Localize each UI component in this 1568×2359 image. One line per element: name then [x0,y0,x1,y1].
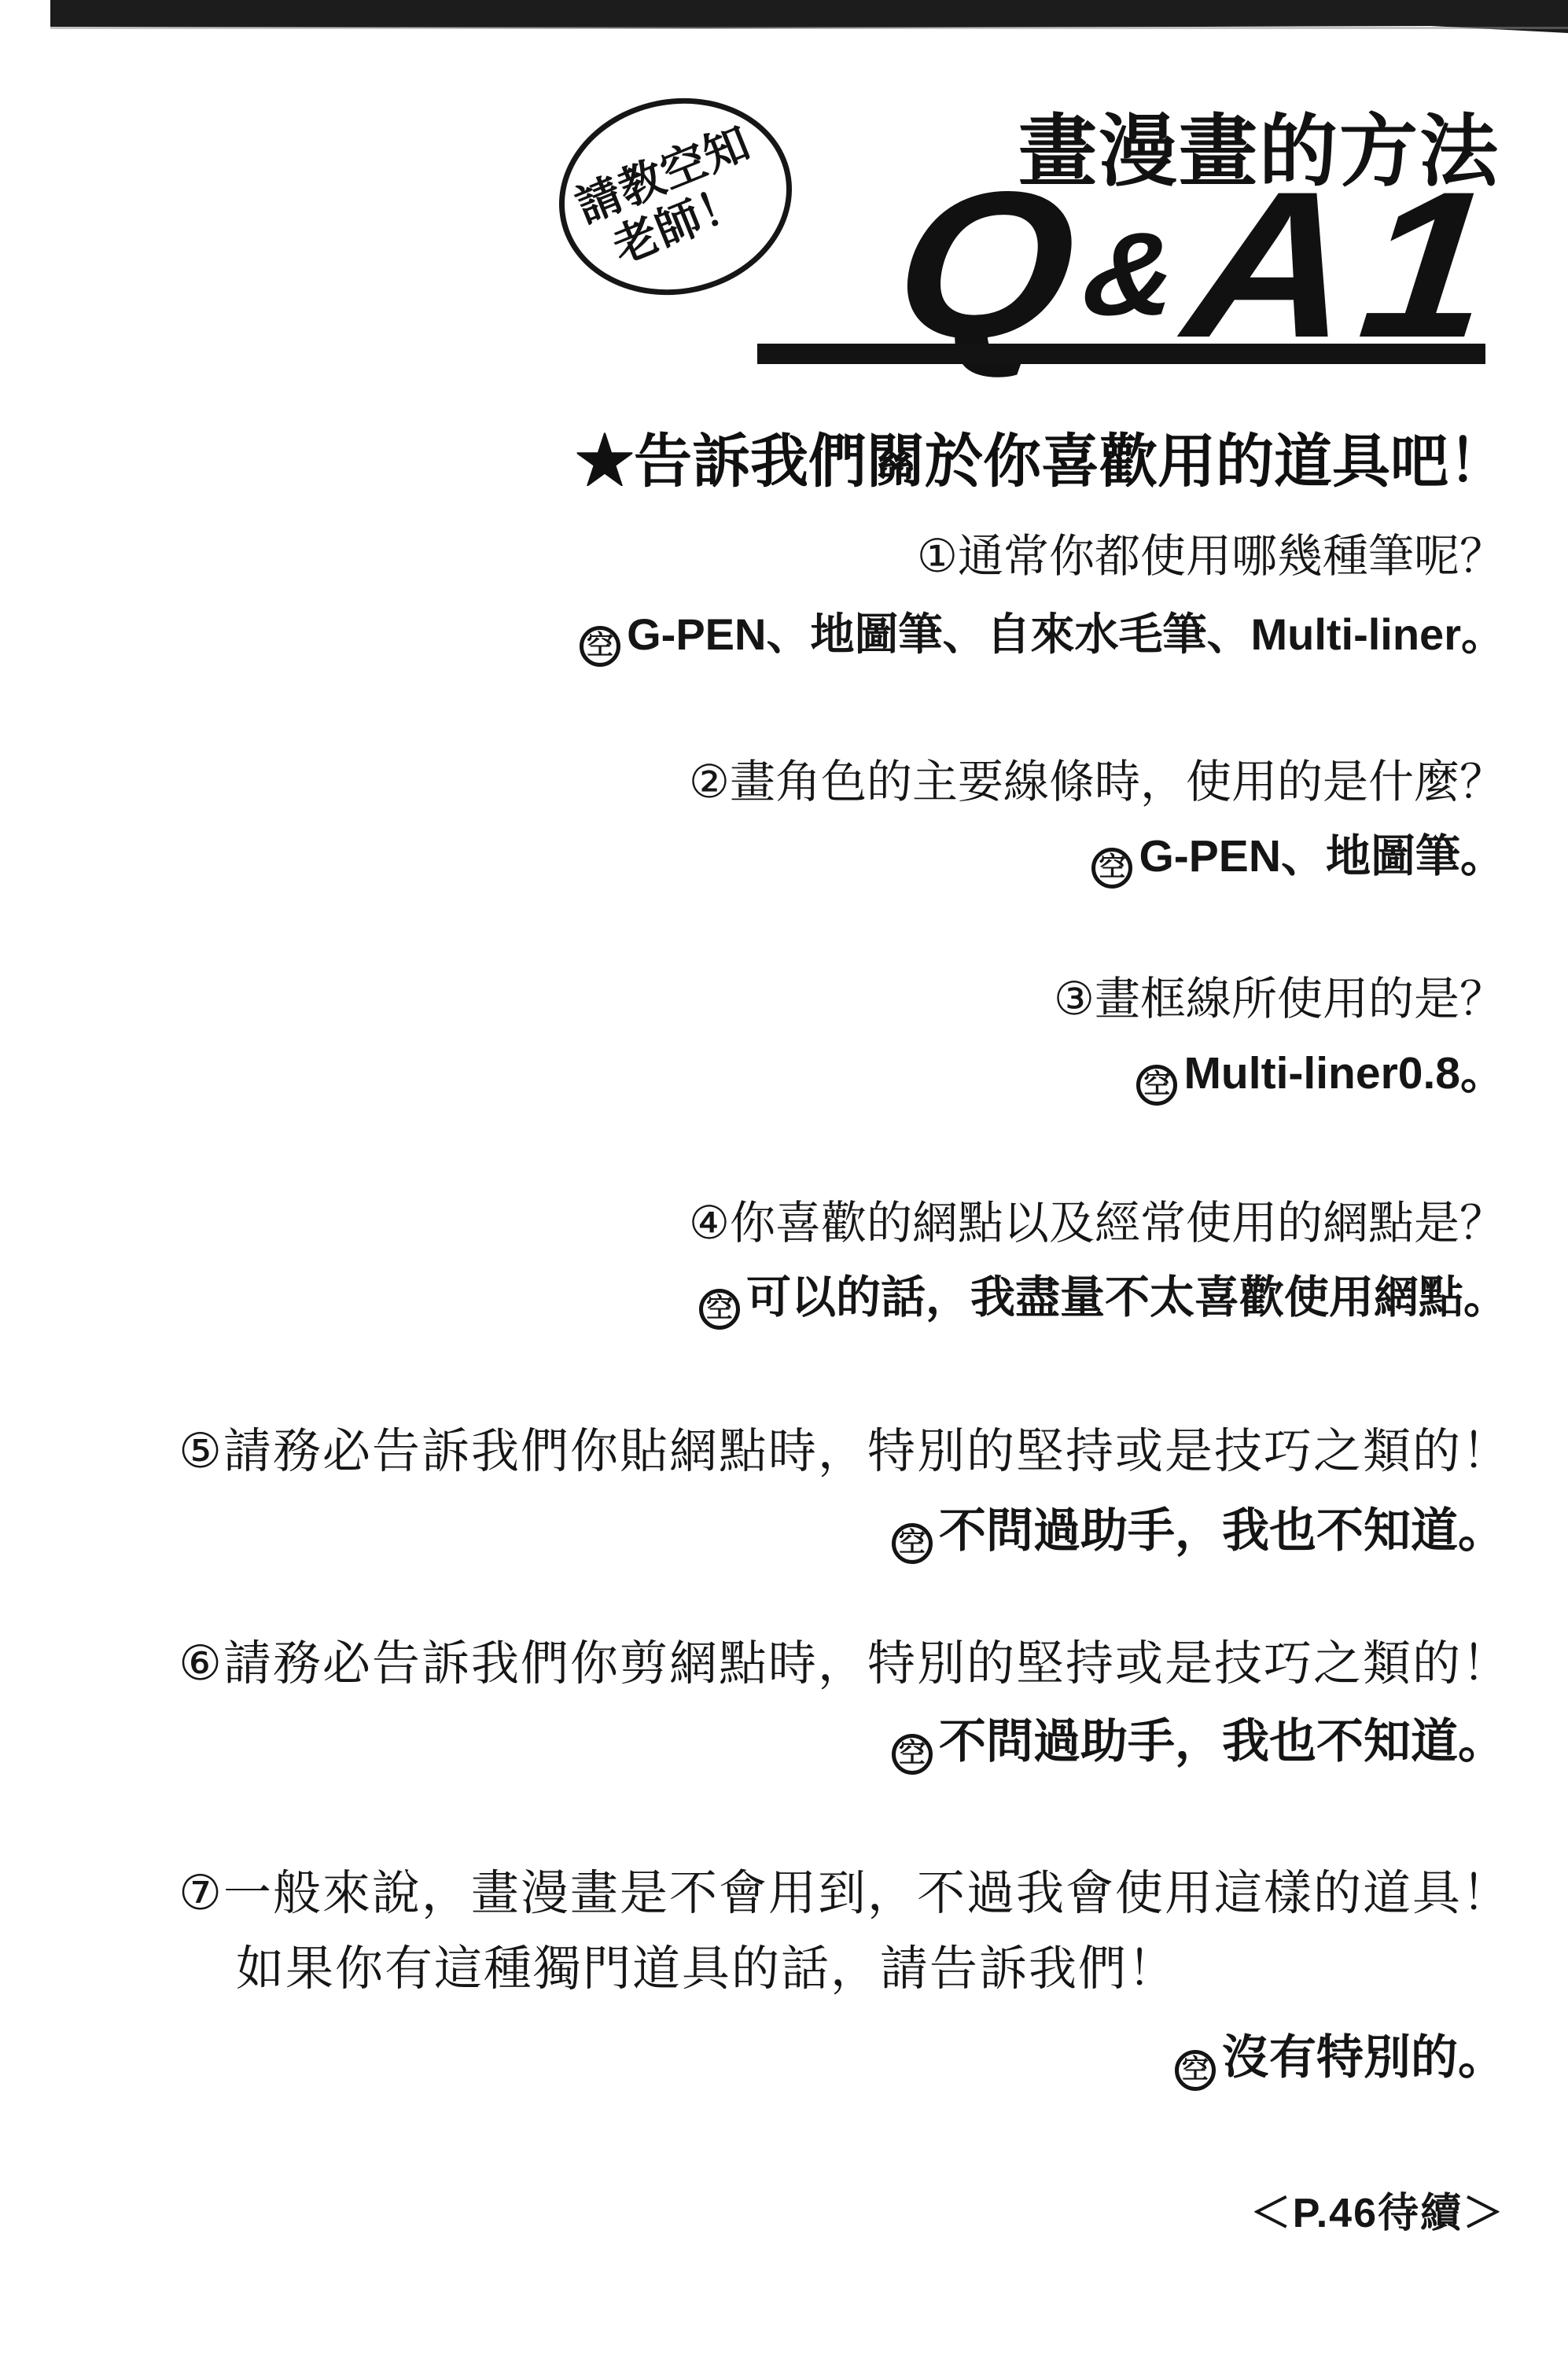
section-heading: ★告訴我們關於你喜歡用的道具吧！ [576,415,1507,499]
answer-3-text: Multi-liner0.8。 [1183,1048,1505,1099]
circled-sora-mark: 空 [892,1734,933,1775]
circled-sora-mark: 空 [1175,2050,1216,2091]
answer-5-text: 不問過助手，我也不知道。 [939,1504,1505,1557]
answer-7-text: 沒有特別的。 [1222,2031,1505,2084]
qa-logo-underline [757,344,1485,364]
qa-logo-ampersand: & [1077,208,1195,340]
answer-1: 空G-PEN、地圖筆、自來水毛筆、Multi-liner。 [580,609,1505,667]
answer-5: 空不問過助手，我也不知道。 [892,1503,1505,1564]
answer-2: 空G-PEN、地圖筆。 [1091,831,1505,889]
answer-6: 空不問過助手，我也不知道。 [892,1714,1505,1775]
answer-4-text: 可以的話，我盡量不太喜歡使用網點。 [746,1272,1508,1323]
question-7-line1: ⑦一般來說，畫漫畫是不會用到，不過我會使用這樣的道具！ [179,1865,1511,1920]
circled-sora-mark: 空 [580,626,620,667]
answer-3: 空Multi-liner0.8。 [1136,1048,1505,1106]
circled-sora-mark: 空 [1136,1065,1177,1106]
scan-top-border [0,0,1568,35]
question-3: ③畫框線所使用的是？ [1054,973,1505,1026]
question-5: ⑤請務必告訴我們你貼網點時，特別的堅持或是技巧之類的！ [179,1423,1511,1478]
question-2: ②畫角色的主要線條時，使用的是什麼？ [689,756,1505,809]
question-7-line2: 如果你有這種獨門道具的話，請告訴我們！ [236,1941,1177,1996]
question-4: ④你喜歡的網點以及經常使用的網點是？ [689,1198,1505,1250]
question-6: ⑥請務必告訴我們你剪網點時，特別的堅持或是技巧之類的！ [179,1636,1511,1691]
answer-1-text: G-PEN、地圖筆、自來水毛筆、Multi-liner。 [627,609,1505,659]
scan-top-border-smudge [50,27,1568,29]
ask-sorachi-badge-text: 請教空知 老師！ [569,109,799,281]
question-1: ①通常你都使用哪幾種筆呢？ [917,531,1505,583]
footer-note: ＜P.46待續＞ [1250,2180,1505,2239]
answer-4: 空可以的話，我盡量不太喜歡使用網點。 [699,1272,1508,1330]
ask-sorachi-badge: 請教空知 老師！ [540,77,810,317]
circled-sora-mark: 空 [892,1523,933,1564]
circled-sora-mark: 空 [699,1289,740,1330]
circled-sora-mark: 空 [1091,848,1132,889]
qa-logo: Q&A1 [887,161,1511,370]
answer-2-text: G-PEN、地圖筆。 [1139,831,1505,881]
answer-6-text: 不問過助手，我也不知道。 [939,1715,1505,1768]
answer-7: 空沒有特別的。 [1175,2030,1505,2091]
